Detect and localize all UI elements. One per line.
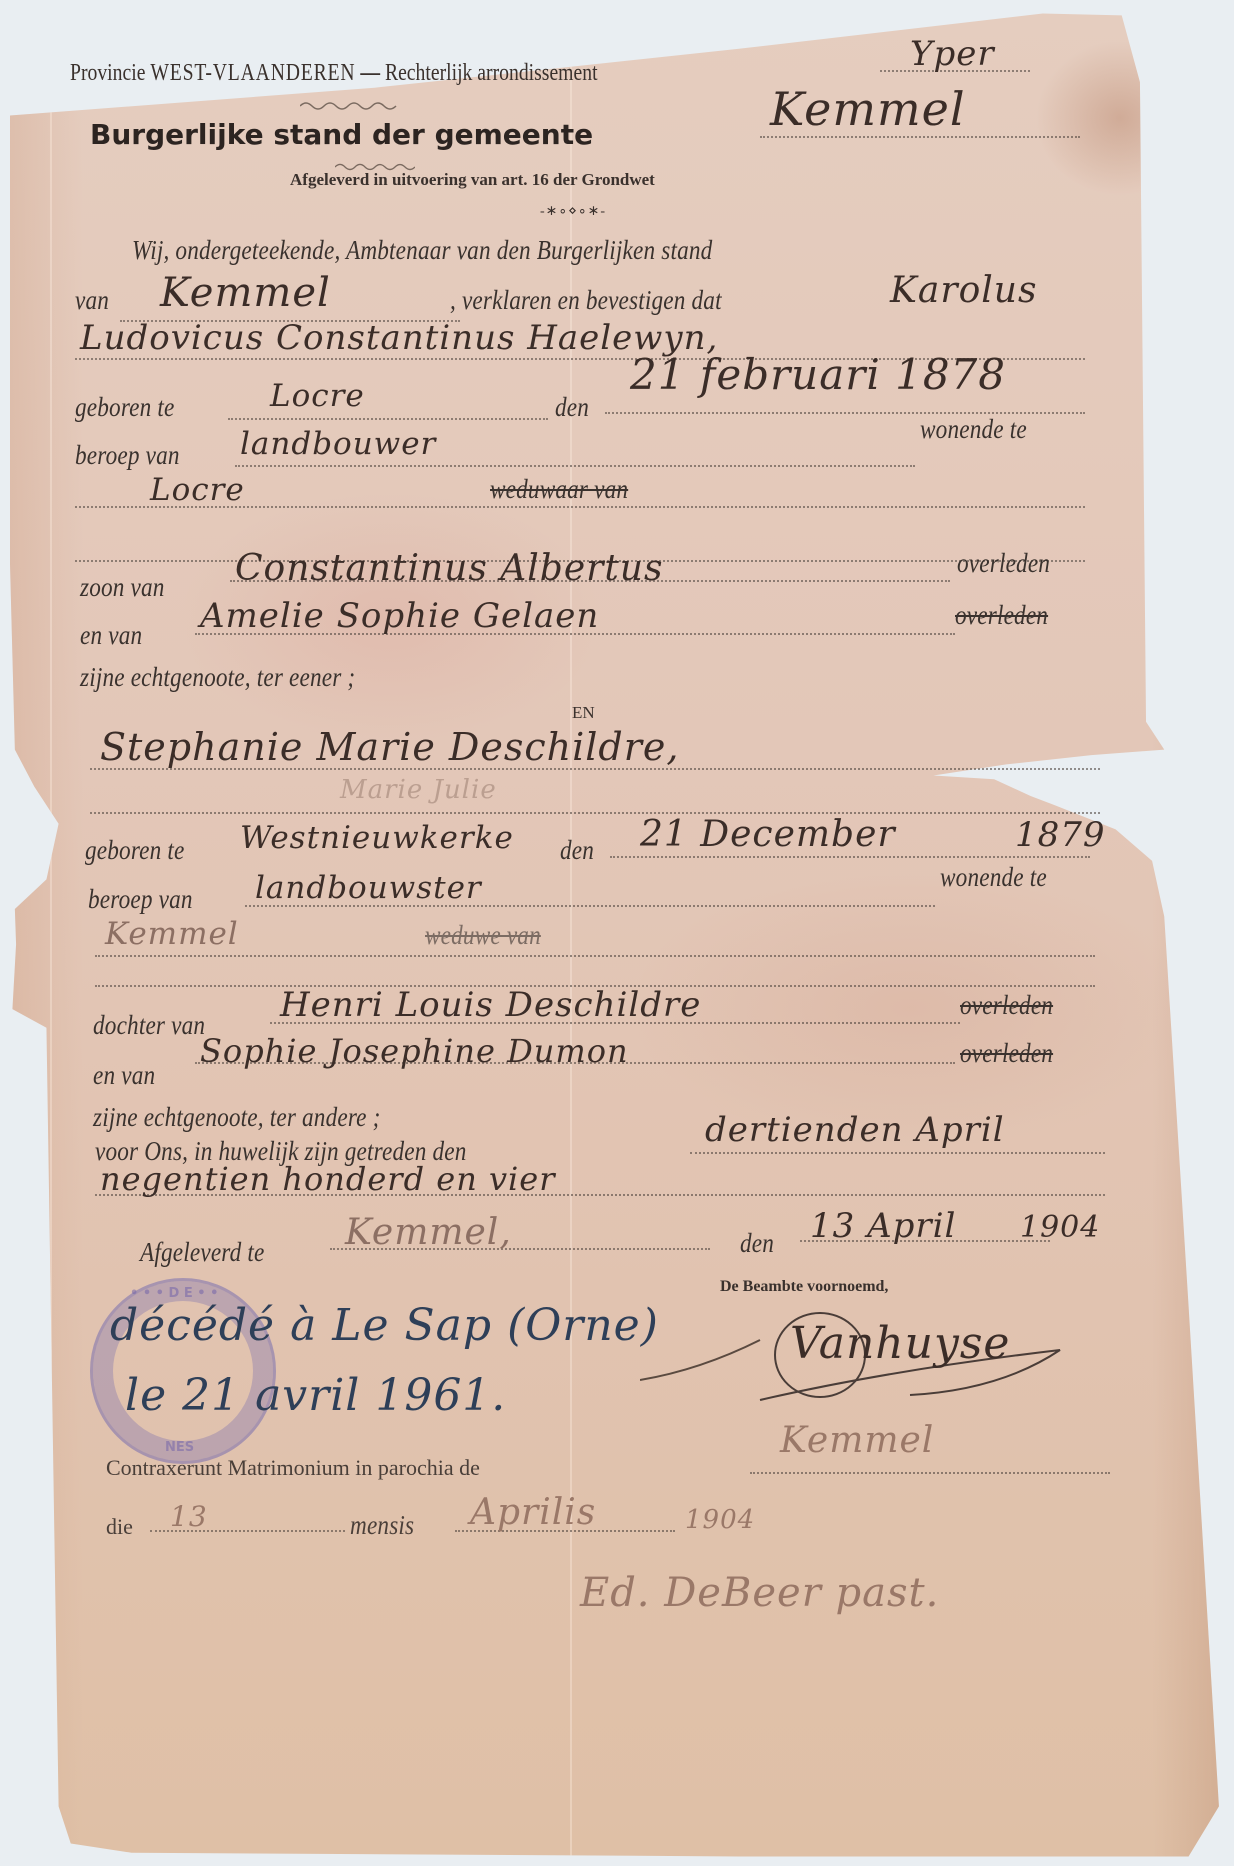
- groom-occupation: landbouwer: [240, 426, 436, 462]
- field-rule: [228, 418, 548, 420]
- priest-signature: Ed. DeBeer past.: [580, 1570, 939, 1616]
- intro-line: Wij, ondergeteekende, Ambtenaar van den …: [132, 235, 712, 266]
- field-rule: [610, 856, 1090, 858]
- death-annotation-line1: décédé à Le Sap (Orne): [110, 1300, 659, 1351]
- son-label: zoon van: [80, 572, 165, 603]
- groom-birthplace: Locre: [270, 378, 365, 414]
- church-day: 13: [170, 1500, 208, 1533]
- page-title: Burgerlijke stand der gemeente: [90, 118, 593, 151]
- den-label: den: [740, 1228, 774, 1259]
- mensis-label: mensis: [350, 1510, 414, 1541]
- field-rule: [750, 1472, 1110, 1474]
- issued-place: Kemmel,: [345, 1212, 512, 1253]
- born-label: geboren te: [75, 392, 175, 423]
- bride-name: Stephanie Marie Deschildre,: [100, 725, 679, 769]
- district-label: Rechterlijk arrondissement: [385, 60, 598, 86]
- stamp-top-text: • • • D E • •: [130, 1286, 218, 1301]
- occupation-label: beroep van: [88, 884, 193, 915]
- church-year: 1904: [685, 1505, 755, 1535]
- field-rule: [95, 955, 1095, 957]
- bride-birthplace: Westnieuwkerke: [240, 820, 514, 856]
- residing-label: wonende te: [940, 862, 1047, 893]
- spouse-line: zijne echtgenoote, ter andere ;: [93, 1102, 381, 1133]
- father-status: overleden: [960, 990, 1053, 1021]
- die-label: die: [106, 1514, 133, 1540]
- dash: —: [360, 60, 380, 86]
- death-annotation-line2: le 21 avril 1961.: [125, 1370, 506, 1421]
- bride-father: Henri Louis Deschildre: [280, 985, 701, 1025]
- bride-birthdate: 21 December: [640, 814, 896, 855]
- spouse-line: zijne echtgenoote, ter eener ;: [80, 662, 355, 693]
- bride-occupation: landbouwster: [255, 870, 482, 906]
- groom-birthdate: 21 februari 1878: [630, 350, 1006, 399]
- groom-father: Constantinus Albertus: [235, 548, 663, 589]
- field-rule: [235, 465, 915, 467]
- field-rule: [90, 812, 1100, 814]
- widow-label: weduwe van: [425, 920, 541, 951]
- den-label: den: [560, 835, 594, 866]
- occupation-label: beroep van: [75, 440, 180, 471]
- ornament-wave-icon: [300, 100, 400, 112]
- bride-residence: Kemmel: [105, 916, 239, 952]
- bride-mother: Sophie Josephine Dumon: [200, 1032, 629, 1070]
- subtitle: Afgeleverd in uitvoering van art. 16 der…: [290, 170, 655, 190]
- paper-crease: [50, 8, 52, 1862]
- groom-mother: Amelie Sophie Gelaen: [200, 596, 599, 636]
- issued-label: Afgeleverd te: [140, 1237, 265, 1268]
- marriage-date-words: dertienden April: [705, 1110, 1005, 1150]
- faded-note: Marie Julie: [340, 775, 497, 805]
- province-label: Provincie: [70, 60, 145, 86]
- header-line: Provincie WEST-VLAANDEREN — Rechterlijk …: [70, 60, 598, 87]
- and-separator: EN: [572, 703, 595, 723]
- official-municipality: Kemmel: [160, 270, 331, 316]
- and-label: en van: [80, 620, 142, 651]
- official-signature: Vanhuyse: [790, 1318, 1010, 1369]
- and-label: en van: [93, 1060, 155, 1091]
- municipality-value: Kemmel: [770, 82, 966, 136]
- mother-status: overleden: [955, 600, 1048, 631]
- groom-name: Ludovicus Constantinus Haelewyn,: [80, 318, 718, 358]
- groom-residence: Locre: [150, 472, 245, 508]
- district-value: Yper: [910, 34, 995, 74]
- groom-first-name: Karolus: [890, 270, 1037, 311]
- van-label: van: [75, 285, 109, 316]
- bride-birthyear: 1879: [1015, 815, 1106, 855]
- marriage-year-words: negentien honderd en vier: [100, 1160, 556, 1198]
- den-label: den: [555, 392, 589, 423]
- declares-text: , verklaren en bevestigen dat: [450, 285, 722, 316]
- official-label: De Beambte voornoemd,: [720, 1278, 888, 1296]
- church-parish: Kemmel: [780, 1420, 934, 1461]
- province-name: WEST-VLAANDEREN: [150, 60, 355, 86]
- ornament-divider: -∗∘⋄∘∗-: [540, 203, 606, 220]
- field-rule: [690, 1152, 1105, 1154]
- issued-date: 13 April: [810, 1206, 956, 1246]
- mother-status: overleden: [960, 1038, 1053, 1069]
- born-label: geboren te: [85, 835, 185, 866]
- daughter-label: dochter van: [93, 1010, 205, 1041]
- church-label: Contraxerunt Matrimonium in parochia de: [106, 1455, 480, 1481]
- annotation-stroke-icon: [640, 1330, 770, 1390]
- church-month: Aprilis: [470, 1492, 596, 1533]
- father-status: overleden: [957, 548, 1050, 579]
- stamp-bottom-text: NES: [165, 1440, 194, 1455]
- municipality-rule: [760, 136, 1080, 138]
- residing-label: wonende te: [920, 414, 1027, 445]
- issued-year: 1904: [1020, 1210, 1100, 1245]
- widower-label: weduwaar van: [490, 474, 628, 505]
